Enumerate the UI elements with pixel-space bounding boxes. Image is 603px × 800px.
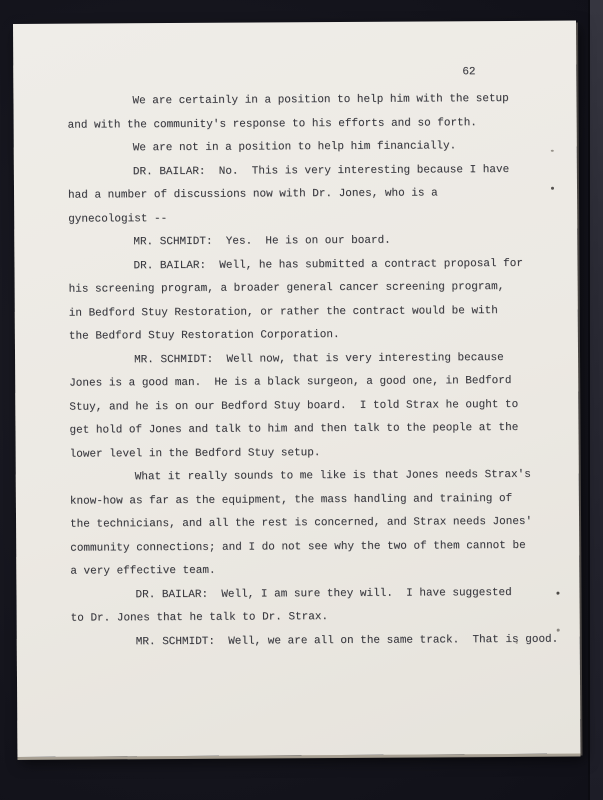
document-page: 62 We are certainly in a position to hel… [13,21,580,757]
scan-speck [551,187,554,190]
book-edge [588,0,603,800]
text-line: DR. BAILAR: Well, he has submitted a con… [68,252,558,278]
text-line: MR. SCHMIDT: Yes. He is on our board. [68,229,558,255]
text-line: DR. BAILAR: No. This is very interesting… [68,158,558,184]
text-line: to Dr. Jones that he talk to Dr. Strax. [71,605,561,631]
text-line: MR. SCHMIDT: Well, we are all on the sam… [71,628,561,654]
text-line: know-how as far as the equipment, the ma… [70,487,560,513]
scan-speck [557,629,560,632]
text-line: the technicians, and all the rest is con… [70,511,560,537]
text-line: his screening program, a broader general… [69,276,559,302]
text-line: What it really sounds to me like is that… [70,464,560,490]
text-line: the Bedford Stuy Restoration Corporation… [69,323,559,349]
text-line: We are not in a position to help him fin… [68,135,558,161]
scan-background: 62 We are certainly in a position to hel… [0,0,603,800]
text-line: We are certainly in a position to help h… [67,88,557,114]
scan-speck [516,642,518,644]
text-line: lower level in the Bedford Stuy setup. [70,440,560,466]
text-line: MR. SCHMIDT: Well now, that is very inte… [69,346,559,372]
text-line: Jones is a good man. He is a black surge… [69,370,559,396]
page-text: We are certainly in a position to help h… [67,88,560,655]
text-line: in Bedford Stuy Restoration, or rather t… [69,299,559,325]
text-line: had a number of discussions now with Dr.… [68,182,558,208]
text-line: a very effective team. [70,558,560,584]
scan-speck [551,150,554,152]
scan-speck [556,592,559,595]
text-line: DR. BAILAR: Well, I am sure they will. I… [70,581,560,607]
text-line: and with the community's response to his… [68,111,558,137]
text-line: Stuy, and he is on our Bedford Stuy boar… [69,393,559,419]
page-number: 62 [462,65,475,79]
text-line: get hold of Jones and talk to him and th… [69,417,559,443]
text-line: gynecologist -- [68,205,558,231]
text-line: community connections; and I do not see … [70,534,560,560]
